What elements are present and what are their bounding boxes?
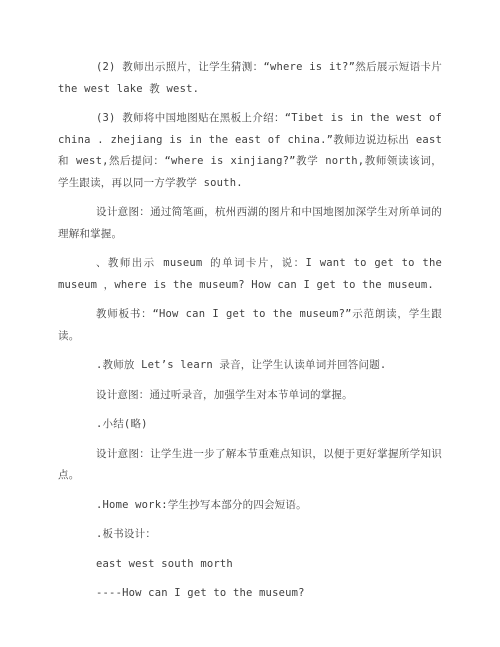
paragraph: 设计意图：通过简笔画，杭州西湖的图片和中国地图加深学生对所单词的理解和掌握。: [58, 202, 442, 245]
paragraph: .Home work:学生抄写本部分的四会短语。: [58, 495, 442, 517]
paragraph: (3) 教师将中国地图贴在黑板上介绍：“Tibet is in the west…: [58, 108, 442, 194]
document-page: (2) 教师出示照片，让学生猜测：“where is it?”然后展示短语卡片 …: [0, 0, 500, 647]
paragraph: .教师放 Let’s learn 录音，让学生认读单词并回答问题.: [58, 355, 442, 377]
paragraph: 、教师出示 museum 的单词卡片，说：I want to get to th…: [58, 253, 442, 296]
paragraph: ----How can I get to the museum?: [58, 583, 442, 605]
paragraph: east west south morth: [58, 554, 442, 576]
paragraph: 设计意图：通过听录音，加强学生对本节单词的掌握。: [58, 385, 442, 407]
paragraph: .小结(略): [58, 414, 442, 436]
paragraph: 教师板书：“How can I get to the museum?”示范朗读，…: [58, 304, 442, 347]
paragraph: .板书设计：: [58, 524, 442, 546]
paragraph: (2) 教师出示照片，让学生猜测：“where is it?”然后展示短语卡片 …: [58, 57, 442, 100]
paragraph: 设计意图：让学生进一步了解本节重难点知识，以便于更好掌握所学知识点。: [58, 444, 442, 487]
